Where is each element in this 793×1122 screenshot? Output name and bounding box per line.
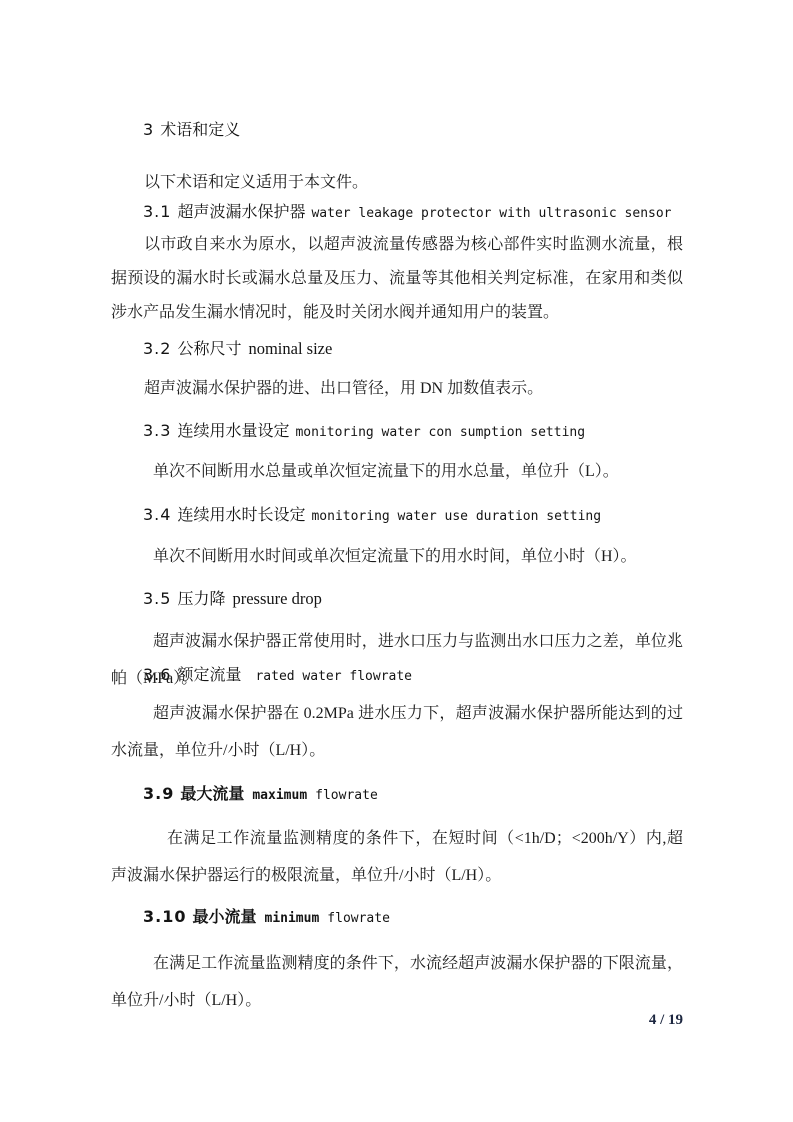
term-3-10-definition: 在满足工作流量监测精度的条件下，水流经超声波漏水保护器的下限流量，单位升/小时（… bbox=[111, 945, 683, 1019]
term-en: nominal size bbox=[248, 339, 332, 358]
term-3-4-heading: 3.4连续用水时长设定monitoring water use duration… bbox=[111, 504, 715, 528]
term-en: flowrate bbox=[315, 788, 378, 803]
term-number: 3.1 bbox=[143, 202, 171, 221]
term-number: 3.2 bbox=[143, 339, 171, 358]
term-3-1-heading: 3.1超声波漏水保护器water leakage protector with … bbox=[111, 201, 715, 225]
section-title: 术语和定义 bbox=[160, 120, 240, 139]
term-3-4-definition: 单次不间断用水时间或单次恒定流量下的用水时间，单位小时（H）。 bbox=[111, 538, 683, 575]
term-en: pressure drop bbox=[232, 589, 321, 608]
term-3-10-heading: 3.10最小流量minimumflowrate bbox=[111, 906, 715, 930]
intro-paragraph: 以下术语和定义适用于本文件。 bbox=[111, 164, 683, 201]
term-3-2-definition: 超声波漏水保护器的进、出口管径，用 DN 加数值表示。 bbox=[111, 370, 683, 407]
term-3-3-heading: 3.3连续用水量设定monitoring water con sumption … bbox=[111, 420, 715, 444]
term-en: flowrate bbox=[327, 911, 390, 926]
term-zh: 最小流量 bbox=[192, 907, 256, 926]
term-zh: 公称尺寸 bbox=[177, 339, 241, 358]
term-zh: 额定流量 bbox=[177, 665, 241, 684]
term-number: 3.3 bbox=[143, 421, 171, 440]
term-en: monitoring water use duration setting bbox=[311, 509, 601, 524]
term-en: water leakage protector with ultrasonic … bbox=[311, 206, 671, 221]
section-heading: 3术语和定义 bbox=[111, 119, 715, 141]
term-number: 3.6 bbox=[143, 665, 171, 684]
term-zh: 连续用水量设定 bbox=[177, 421, 289, 440]
section-number: 3 bbox=[143, 120, 154, 139]
term-3-6-heading: 3.6额定流量rated water flowrate bbox=[111, 664, 715, 688]
term-en-bold: maximum bbox=[252, 788, 307, 803]
term-number: 3.9 bbox=[143, 784, 174, 803]
term-en: monitoring water con sumption setting bbox=[295, 425, 585, 440]
term-en: rated water flowrate bbox=[255, 669, 412, 684]
term-number: 3.10 bbox=[143, 907, 186, 926]
term-3-3-definition: 单次不间断用水总量或单次恒定流量下的用水总量，单位升（L）。 bbox=[111, 453, 683, 490]
term-zh: 超声波漏水保护器 bbox=[177, 202, 305, 221]
term-zh: 压力降 bbox=[177, 589, 225, 608]
term-number: 3.4 bbox=[143, 505, 171, 524]
document-page: 3术语和定义 以下术语和定义适用于本文件。 3.1超声波漏水保护器water l… bbox=[0, 0, 793, 1122]
term-3-6-definition: 超声波漏水保护器在 0.2MPa 进水压力下，超声波漏水保护器所能达到的过水流量… bbox=[111, 695, 683, 769]
term-zh: 最大流量 bbox=[180, 784, 244, 803]
term-3-5-heading: 3.5压力降pressure drop bbox=[111, 588, 715, 610]
term-number: 3.5 bbox=[143, 589, 171, 608]
term-en-bold: minimum bbox=[265, 911, 320, 926]
term-3-1-definition: 以市政自来水为原水，以超声波流量传感器为核心部件实时监测水流量，根据预设的漏水时… bbox=[111, 228, 683, 330]
term-zh: 连续用水时长设定 bbox=[177, 505, 305, 524]
term-3-2-heading: 3.2公称尺寸nominal size bbox=[111, 338, 715, 360]
term-3-9-heading: 3.9最大流量maximumflowrate bbox=[111, 783, 715, 807]
term-3-9-definition: 在满足工作流量监测精度的条件下，在短时间（<1h/D；<200h/Y）内,超声波… bbox=[111, 820, 683, 894]
page-number: 4 / 19 bbox=[649, 1009, 683, 1031]
